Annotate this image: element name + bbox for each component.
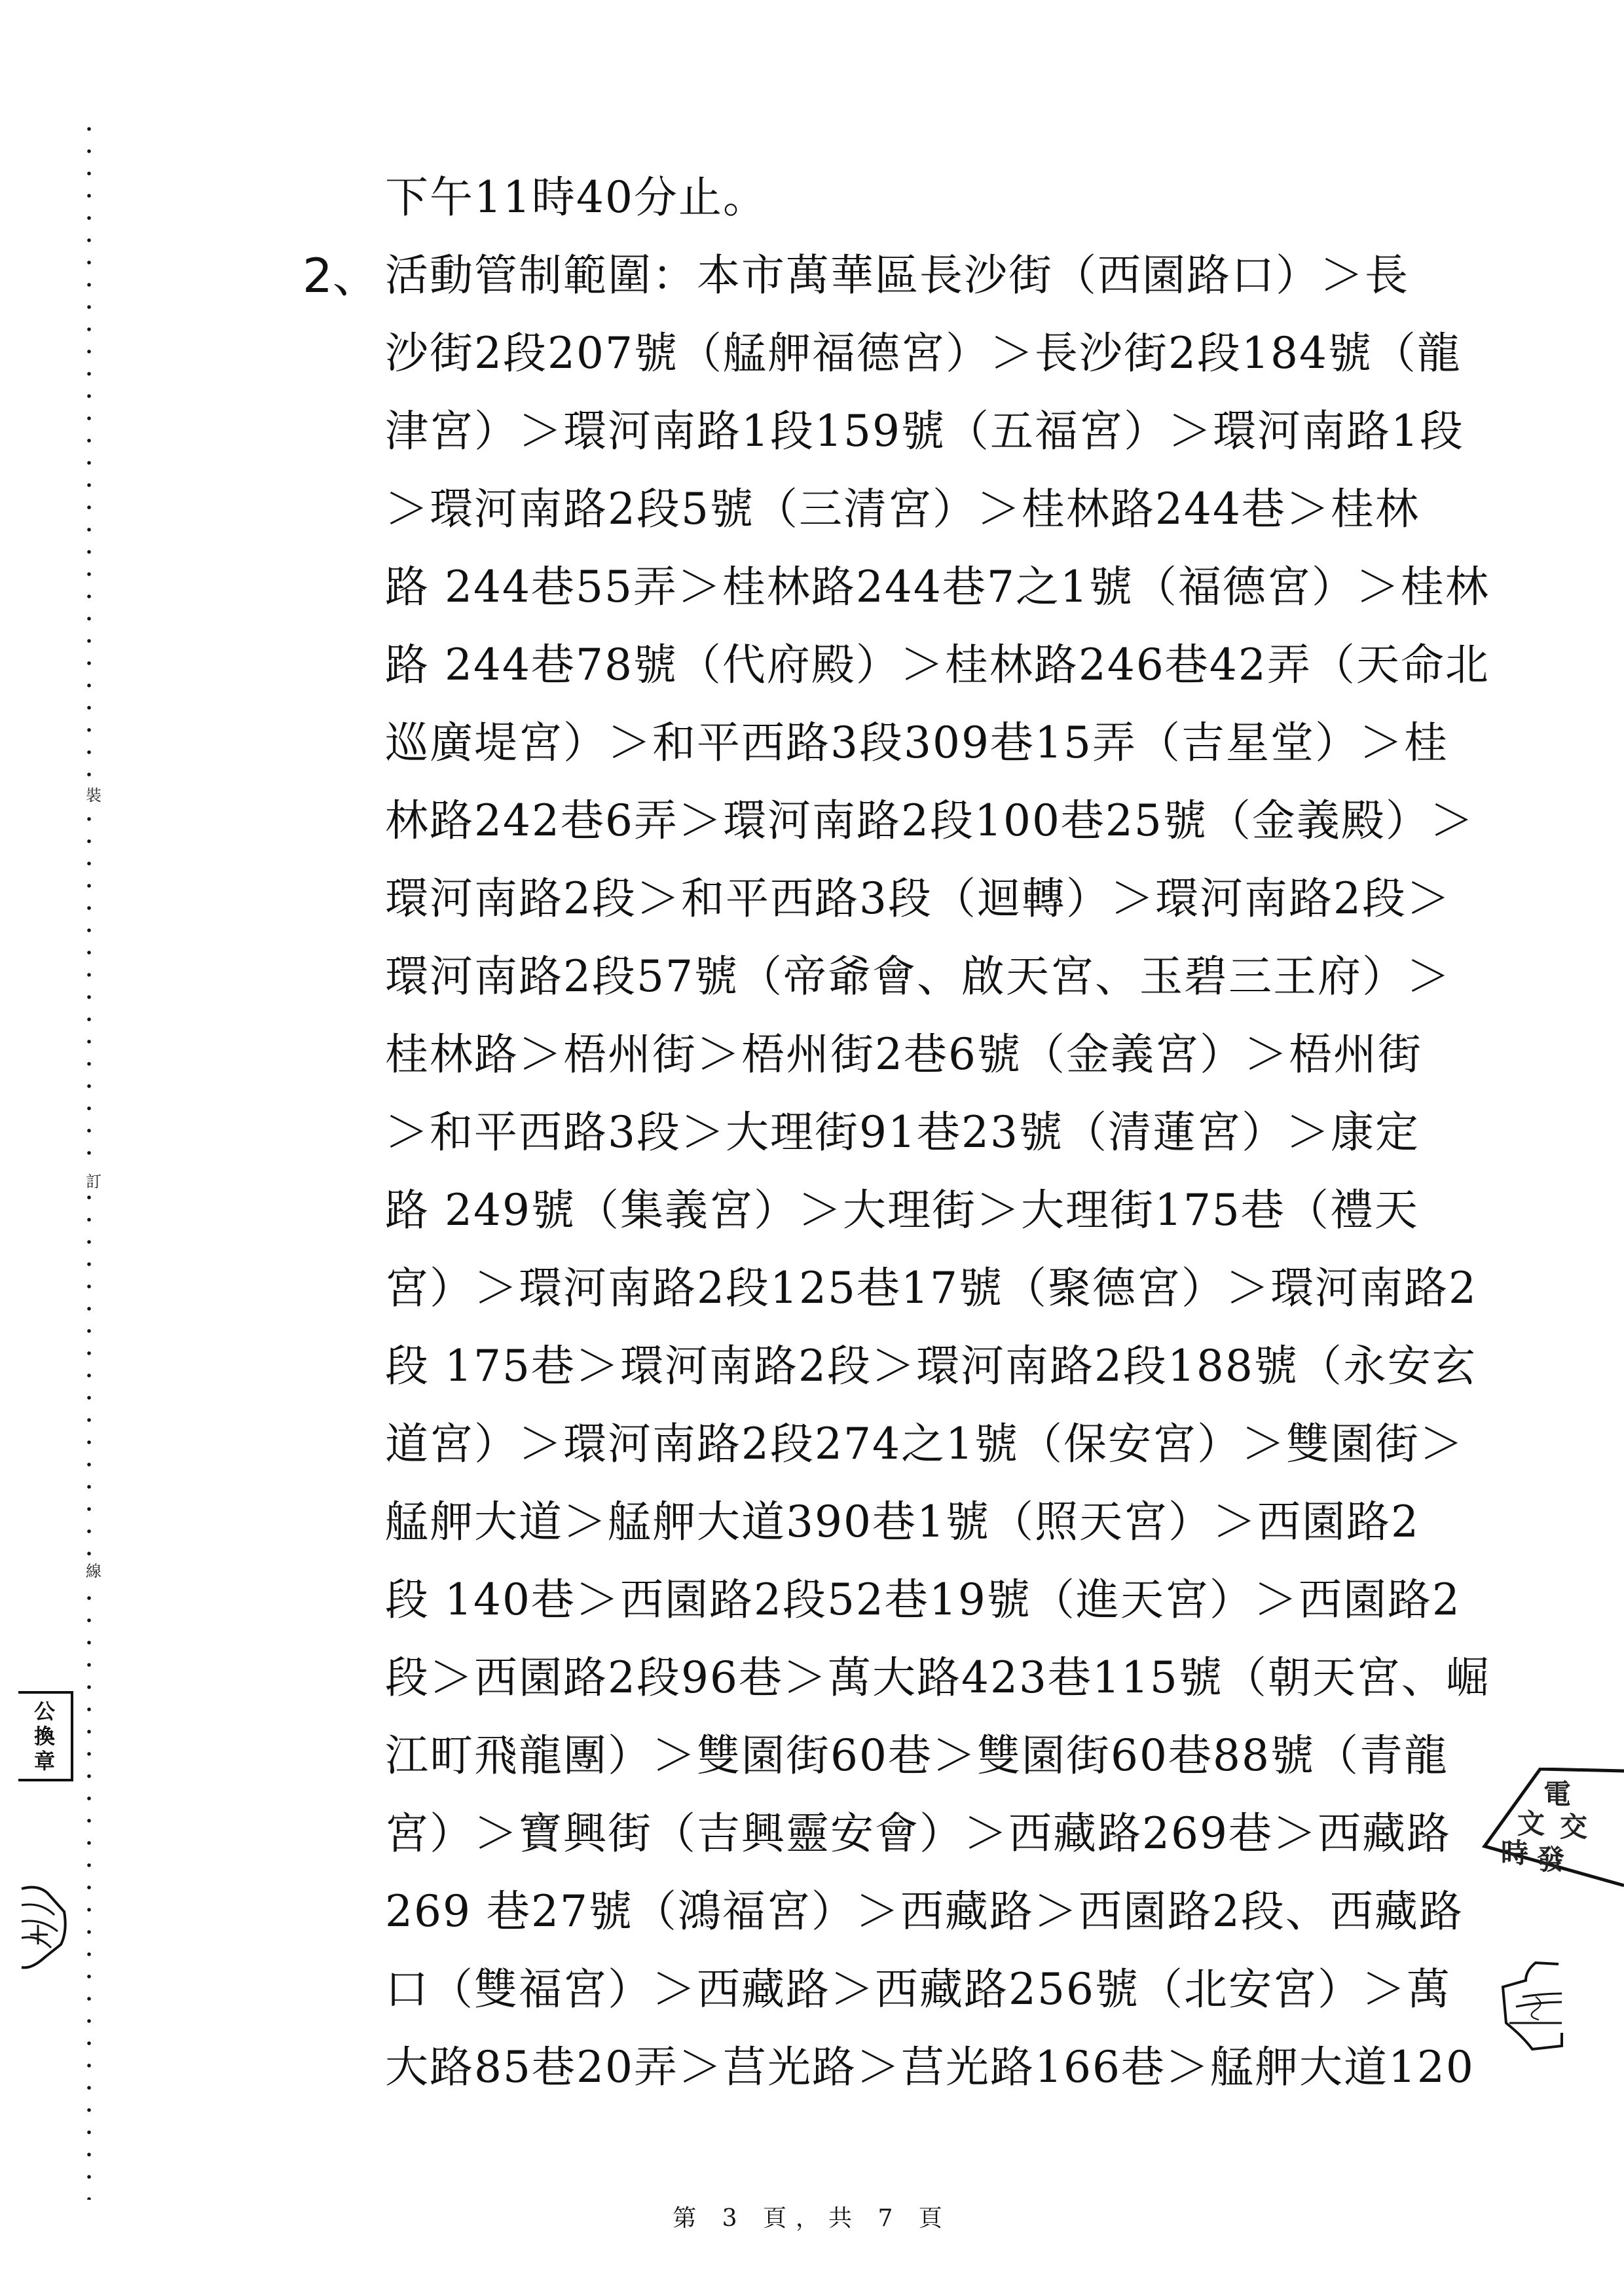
item-number-digit: 2 (303, 248, 333, 303)
item-line: ＞環河南路2段5號（三清宮）＞桂林路244巷＞桂林 (385, 483, 1420, 536)
item-line: 道宮）＞環河南路2段274之1號（保安宮）＞雙園街＞ (385, 1418, 1464, 1470)
item-line: 桂林路＞梧州街＞梧州街2巷6號（金義宮）＞梧州街 (385, 1029, 1422, 1081)
stamp-char: 換 (34, 1724, 55, 1749)
svg-text:文: 文 (1517, 1808, 1545, 1840)
svg-text:交: 交 (1560, 1811, 1587, 1843)
item-line: 269 巷27號（鴻福宮）＞西藏路＞西園路2段、西藏路 (385, 1886, 1464, 1938)
page-number-footer: 第 3 頁，共 7 頁 (0, 2200, 1624, 2233)
item-line: 江町飛龍團）＞雙園街60巷＞雙園街60巷88號（青龍 (385, 1730, 1449, 1782)
item-line: 環河南路2段＞和平西路3段（迴轉）＞環河南路2段＞ (385, 873, 1451, 925)
continuation-line: 下午11時40分止。 (385, 172, 767, 224)
svg-text:時: 時 (1501, 1837, 1528, 1869)
item-line: 環河南路2段57號（帝爺會、啟天宮、玉碧三王府）＞ (385, 951, 1451, 1003)
item-line: 巡廣堤宮）＞和平西路3段309巷15弄（吉星堂）＞桂 (385, 717, 1449, 769)
stamp-char: 章 (34, 1749, 55, 1774)
item-line: 大路85巷20弄＞莒光路＞莒光路166巷＞艋舺大道120 (385, 2041, 1475, 2094)
item-line: 宮）＞環河南路2段125巷17號（聚德宮）＞環河南路2 (385, 1262, 1477, 1315)
item-line: 路 249號（集義宮）＞大理街＞大理街175巷（禮天 (385, 1184, 1419, 1237)
item-line: 宮）＞寶興街（吉興靈安會）＞西藏路269巷＞西藏路 (385, 1808, 1451, 1860)
perforation-seal-left-icon (18, 1886, 68, 1971)
item-line: 艋舺大道＞艋舺大道390巷1號（照天宮）＞西園路2 (385, 1496, 1420, 1548)
item-line: 活動管制範圍：本市萬華區長沙街（西園路口）＞長 (385, 249, 1409, 302)
electronic-dispatch-seal-icon: 電 文 交 時 發 (1462, 1768, 1624, 1889)
binding-dotted-line (86, 118, 92, 2200)
perforation-seal-right-icon (1496, 1958, 1568, 2056)
item-line: 段＞西園路2段96巷＞萬大路423巷115號（朝天宮、崛 (385, 1652, 1490, 1704)
binding-label-zhuang: 裝 (84, 786, 103, 805)
item-number-separator: 、 (333, 248, 380, 303)
item-line: 段 140巷＞西園路2段52巷19號（進天宮）＞西園路2 (385, 1574, 1461, 1626)
stamp-char: 公 (34, 1699, 55, 1724)
item-line: 津宮）＞環河南路1段159號（五福宮）＞環河南路1段 (385, 405, 1464, 458)
svg-text:發: 發 (1537, 1844, 1564, 1876)
item-line: 路 244巷78號（代府殿）＞桂林路246巷42弄（天命北 (385, 639, 1490, 691)
item-line: 路 244巷55弄＞桂林路244巷7之1號（福德宮）＞桂林 (385, 561, 1490, 613)
seal-char: 電 (1543, 1778, 1571, 1810)
seal-stamp-box: 公 換 章 (18, 1691, 73, 1781)
item-line: 段 175巷＞環河南路2段＞環河南路2段188號（永安玄 (385, 1340, 1477, 1393)
binding-label-ding: 訂 (84, 1172, 103, 1192)
item-line: 口（雙福宮）＞西藏路＞西藏路256號（北安宮）＞萬 (385, 1963, 1451, 2016)
item-line: 林路242巷6弄＞環河南路2段100巷25號（金義殿）＞ (385, 795, 1475, 847)
binding-label-xian: 線 (84, 1561, 103, 1581)
item-number: 2、 (303, 249, 380, 302)
item-line: 沙街2段207號（艋舺福德宮）＞長沙街2段184號（龍 (385, 327, 1462, 380)
item-line: ＞和平西路3段＞大理街91巷23號（清蓮宮）＞康定 (385, 1106, 1420, 1159)
